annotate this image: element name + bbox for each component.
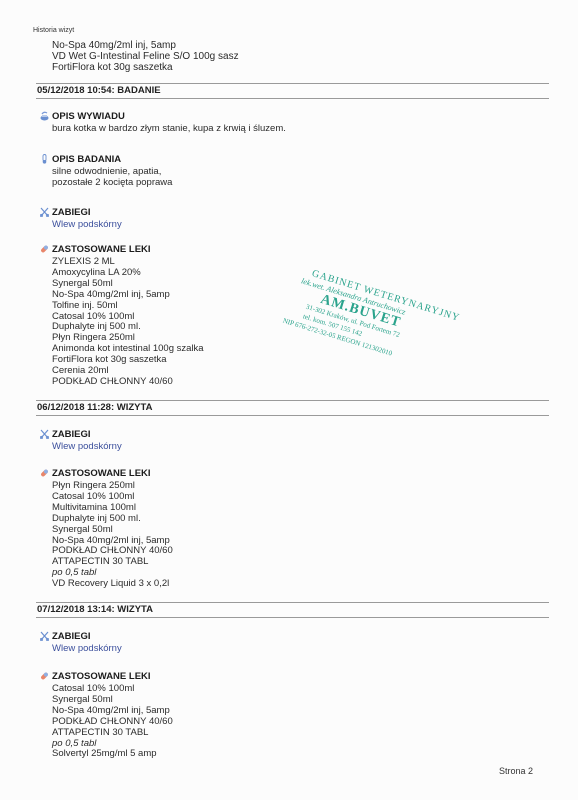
drug-item: Duphalyte inj 500 ml. (52, 514, 173, 525)
visit-header-title: 05/12/2018 10:54: BADANIE (36, 85, 161, 96)
scissors-icon (40, 429, 49, 439)
procedure-item: Wlew podskórny (52, 644, 122, 655)
drug-item: Synergal 50ml (52, 525, 173, 536)
section-procedures: ZABIEGI Wlew podskórny (40, 206, 122, 231)
section-title: ZABIEGI (52, 631, 91, 642)
list-item: VD Wet G-Intestinal Feline S/O 100g sasz (52, 51, 239, 62)
section-exam: OPIS BADANIA silne odwodnienie, apatia, … (40, 153, 172, 189)
list-item: No-Spa 40mg/2ml inj, 5amp (52, 40, 239, 51)
section-title: ZABIEGI (52, 207, 91, 218)
section-text: bura kotka w bardzo złym stanie, kupa z … (52, 124, 286, 135)
pill-icon (40, 244, 49, 254)
section-title: ZASTOSOWANE LEKI (52, 468, 151, 479)
visit-header: 06/12/2018 11:28: WIZYTA (36, 400, 549, 416)
visit-header-title: 07/12/2018 13:14: WIZYTA (36, 604, 153, 615)
section-drugs: ZASTOSOWANE LEKI Płyn Ringera 250mlCatos… (40, 467, 173, 590)
section-title: ZASTOSOWANE LEKI (52, 244, 151, 255)
scissors-icon (40, 631, 49, 641)
page-number: Strona 2 (499, 766, 533, 776)
section-title: ZABIEGI (52, 429, 91, 440)
interview-icon (40, 111, 49, 121)
visit-header: 05/12/2018 10:54: BADANIE (36, 83, 549, 99)
pill-icon (40, 671, 49, 681)
drug-item: Solvertyl 25mg/ml 5 amp (52, 749, 173, 760)
page-header: Historia wizyt (33, 27, 74, 34)
thermometer-icon (40, 154, 49, 164)
section-interview: OPIS WYWIADU bura kotka w bardzo złym st… (40, 110, 286, 135)
section-drugs: ZASTOSOWANE LEKI Catosal 10% 100mlSynerg… (40, 670, 173, 760)
drug-item: PODKŁAD CHŁONNY 40/60 (52, 377, 204, 388)
carry-over-drug-list: No-Spa 40mg/2ml inj, 5amp VD Wet G-Intes… (52, 40, 239, 73)
section-procedures: ZABIEGI Wlew podskórny (40, 428, 122, 453)
scissors-icon (40, 207, 49, 217)
section-text: pozostałe 2 kocięta poprawa (52, 178, 172, 189)
section-drugs: ZASTOSOWANE LEKI ZYLEXIS 2 MLAmoxycylina… (40, 243, 204, 388)
visit-header: 07/12/2018 13:14: WIZYTA (36, 602, 549, 618)
section-procedures: ZABIEGI Wlew podskórny (40, 630, 122, 655)
section-title: ZASTOSOWANE LEKI (52, 671, 151, 682)
drug-item: ATTAPECTIN 30 TABL (52, 728, 173, 739)
section-title: OPIS BADANIA (52, 154, 121, 165)
pill-icon (40, 468, 49, 478)
drug-item: VD Recovery Liquid 3 x 0,2l (52, 579, 173, 590)
drug-item: No-Spa 40mg/2ml inj, 5amp (52, 290, 204, 301)
procedure-item: Wlew podskórny (52, 442, 122, 453)
clinic-stamp: GABINET WETERYNARYJNY lek.wet. Aleksandr… (262, 265, 520, 457)
drug-item: Tolfine inj. 50ml (52, 301, 204, 312)
section-title: OPIS WYWIADU (52, 111, 125, 122)
visit-header-title: 06/12/2018 11:28: WIZYTA (36, 402, 152, 413)
drug-item: PODKŁAD CHŁONNY 40/60 (52, 717, 173, 728)
list-item: FortiFlora kot 30g saszetka (52, 62, 239, 73)
procedure-item: Wlew podskórny (52, 220, 122, 231)
